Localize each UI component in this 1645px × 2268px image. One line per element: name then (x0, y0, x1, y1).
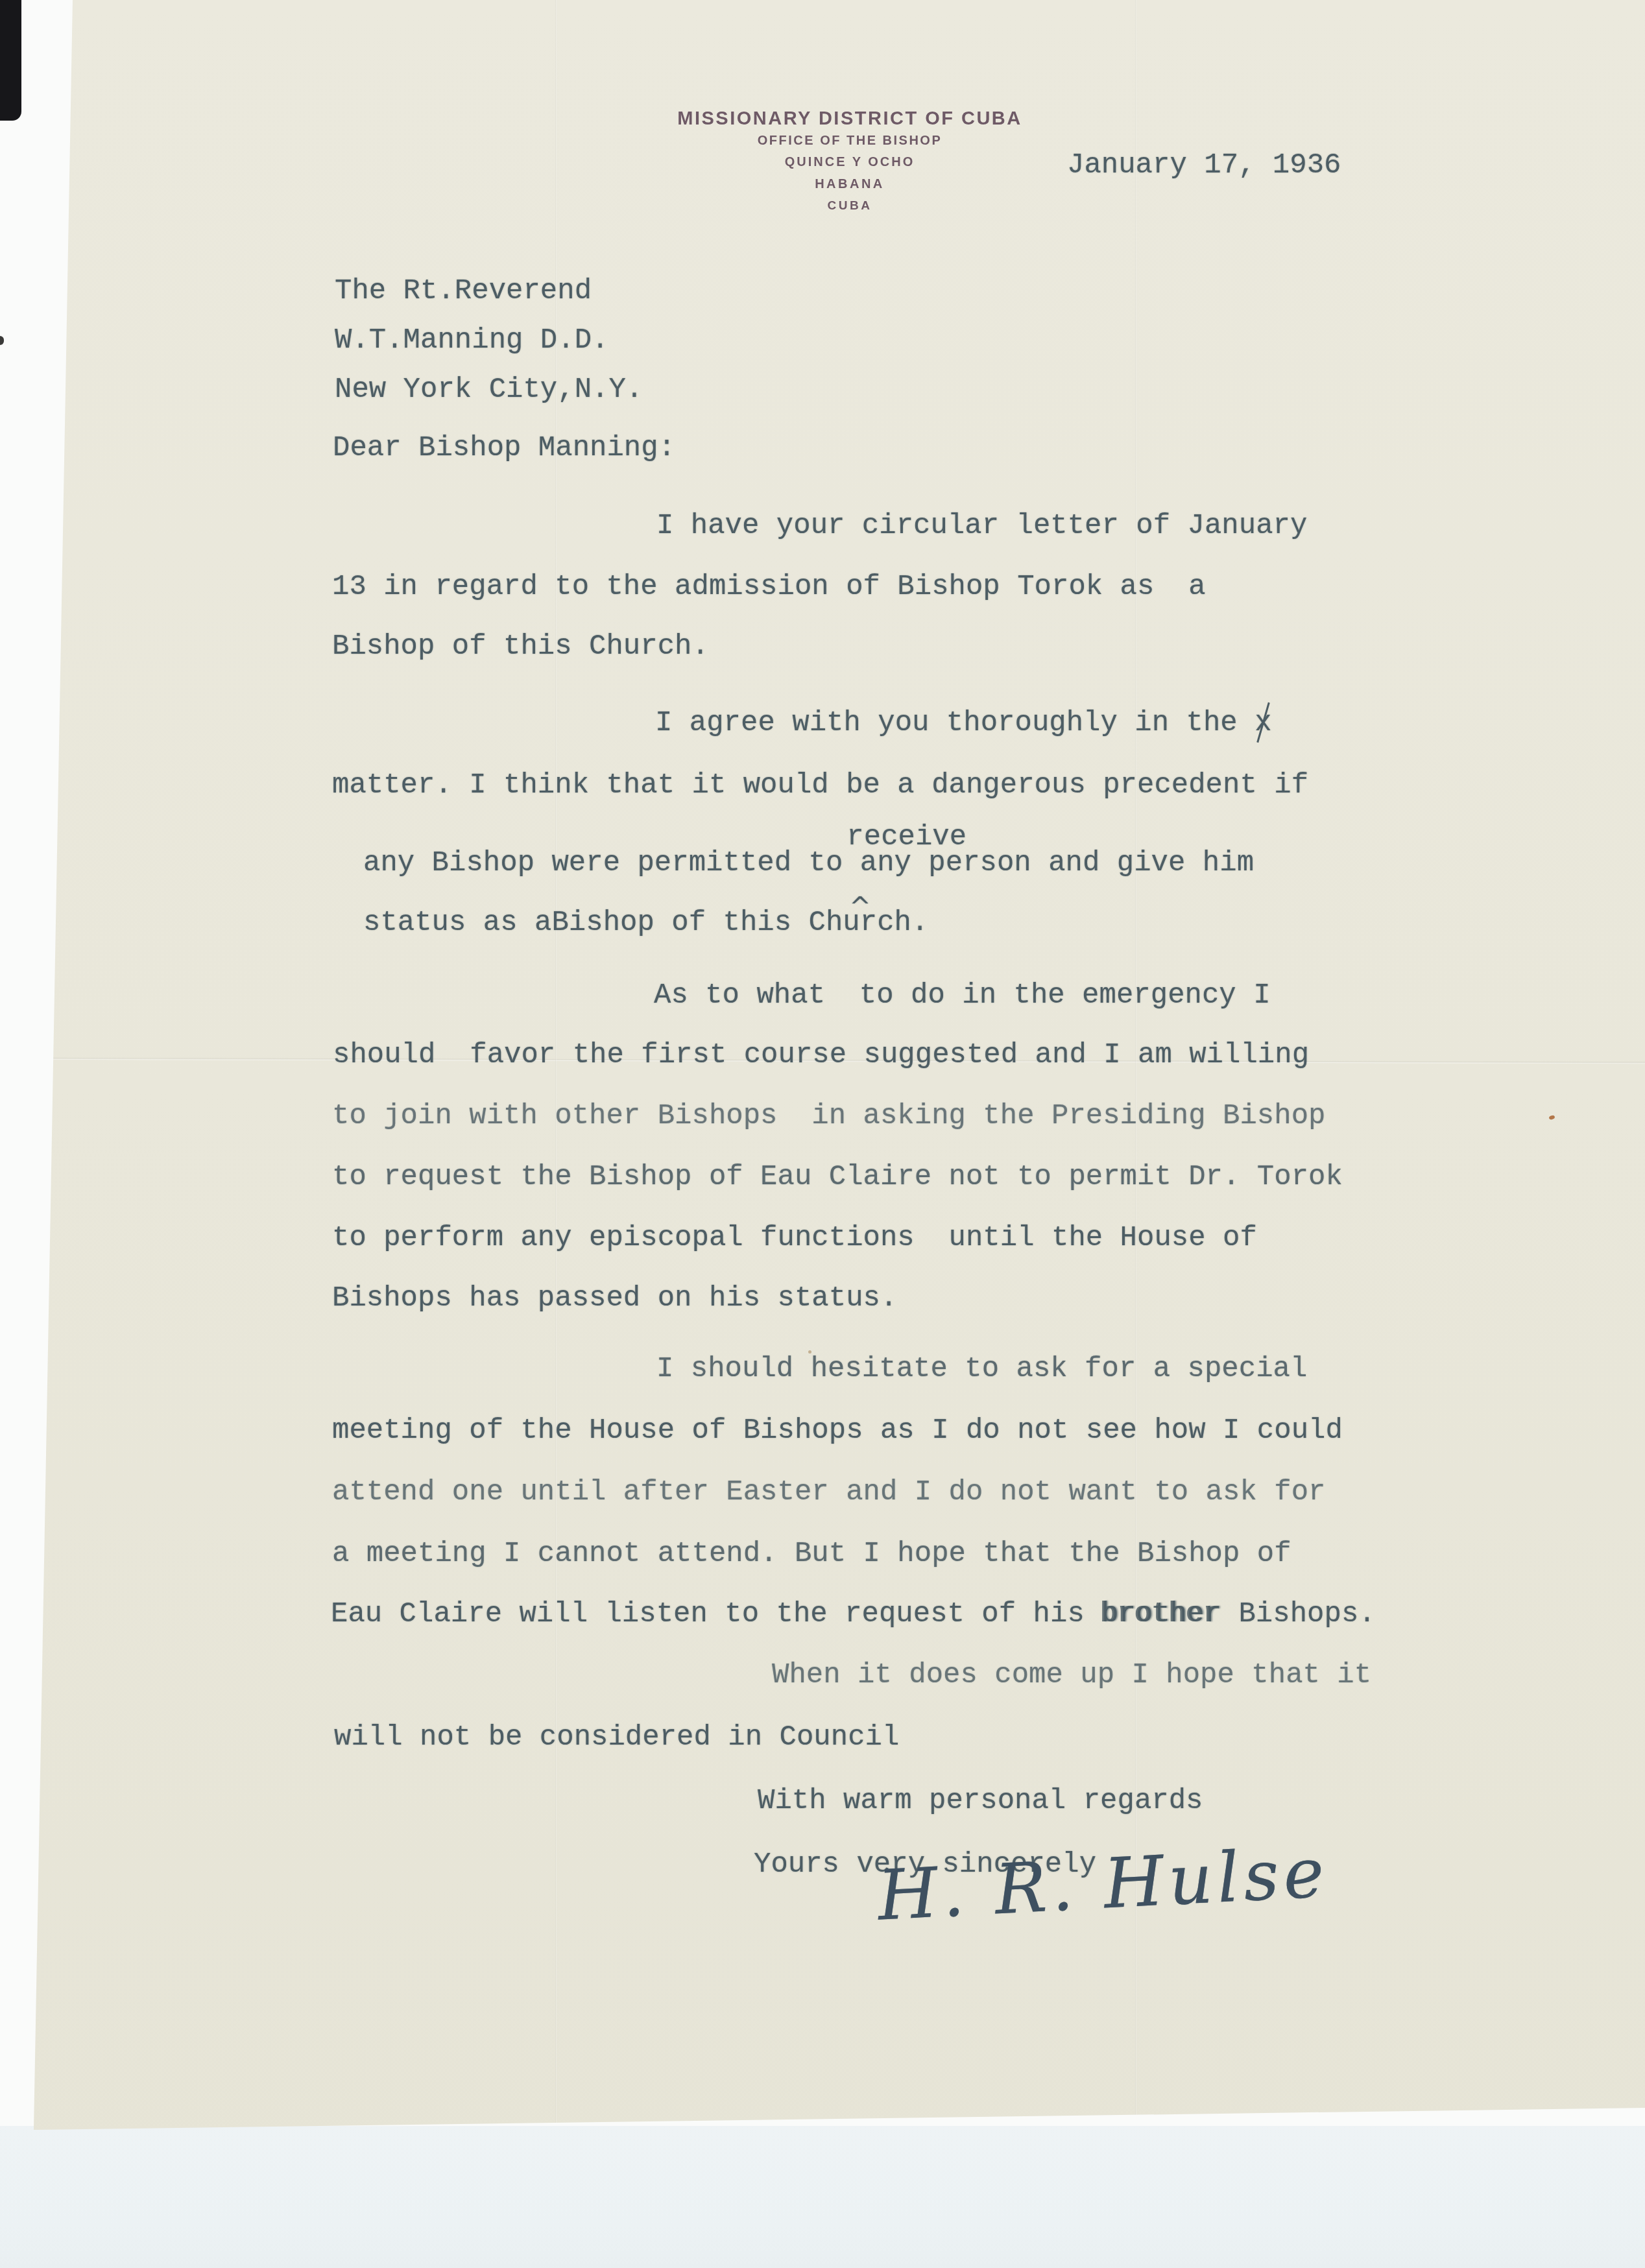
body-p1-line1: I have your circular letter of January (656, 510, 1307, 542)
body-p2-line2: matter. I think that it would be a dange… (332, 769, 1308, 802)
scan-edge-speck (0, 336, 4, 345)
body-p4-line5-after: Bishops. (1221, 1598, 1376, 1630)
body-p2-line1: I agree with you thoroughly in the x (655, 707, 1272, 739)
body-p4-line5: Eau Claire will listen to the request of… (331, 1598, 1376, 1630)
paper-speck (1548, 1115, 1555, 1121)
body-p3-line1: As to what to do in the emergency I (654, 979, 1271, 1012)
recipient-line-2: W.T.Manning D.D. (335, 324, 608, 357)
scan-corner-artifact (0, 0, 21, 121)
letterhead-office: OFFICE OF THE BISHOP (652, 130, 1048, 152)
body-p3-line5: to perform any episcopal functions until… (332, 1222, 1257, 1254)
body-p1-line2: 13 in regard to the admission of Bishop … (332, 571, 1206, 603)
body-p3-line6: Bishops has passed on his status. (332, 1282, 897, 1315)
date-line: January 17, 1936 (1067, 149, 1341, 182)
overtyped-word: brother (1101, 1598, 1221, 1630)
letterhead-street: QUINCE Y OCHO (652, 152, 1048, 173)
closing-regards: With warm personal regards (758, 1785, 1203, 1817)
scanner-background-bottom (0, 2126, 1645, 2268)
letterhead-country: CUBA (652, 196, 1048, 217)
body-p5-line2: will not be considered in Council (334, 1721, 899, 1754)
salutation: Dear Bishop Manning: (333, 432, 675, 464)
body-p2-line3-with-insertion: any Bishop were permitted toreceive^ any… (363, 847, 1254, 879)
body-p4-line1: I should hesitate to ask for a special (656, 1353, 1307, 1385)
recipient-line-3: New York City,N.Y. (335, 374, 643, 406)
body-p3-line4: to request the Bishop of Eau Claire not … (332, 1161, 1343, 1193)
body-p5-line1: When it does come up I hope that it (772, 1659, 1371, 1691)
body-p1-line3: Bishop of this Church. (332, 630, 709, 663)
body-p4-line5-before: Eau Claire will listen to the request of… (331, 1598, 1101, 1630)
letterhead-city: HABANA (652, 173, 1048, 196)
recipient-line-1: The Rt.Reverend (335, 275, 592, 307)
inserted-word: receive (847, 821, 967, 853)
body-p2-line1-text: I agree with you thoroughly in the (655, 707, 1255, 739)
body-p4-line4: a meeting I cannot attend. But I hope th… (332, 1538, 1291, 1570)
letterhead: MISSIONARY DISTRICT OF CUBA OFFICE OF TH… (652, 108, 1048, 217)
scanned-letter-page: { "colors": { "ink": "#4d5d64", "letterh… (0, 0, 1645, 2268)
body-p2-line4: status as aBishop of this Church. (363, 907, 928, 939)
body-p4-line2: meeting of the House of Bishops as I do … (332, 1415, 1343, 1447)
struck-out-character: x (1255, 707, 1271, 739)
insertion-before-text: any Bishop were permitted to (363, 847, 843, 879)
letterhead-org-name: MISSIONARY DISTRICT OF CUBA (652, 108, 1048, 130)
body-p4-line3: attend one until after Easter and I do n… (332, 1476, 1325, 1509)
body-p3-line2: should favor the first course suggested … (333, 1039, 1309, 1071)
letter-paper: MISSIONARY DISTRICT OF CUBA OFFICE OF TH… (0, 0, 1645, 2268)
body-p3-line3: to join with other Bishops in asking the… (332, 1100, 1325, 1132)
